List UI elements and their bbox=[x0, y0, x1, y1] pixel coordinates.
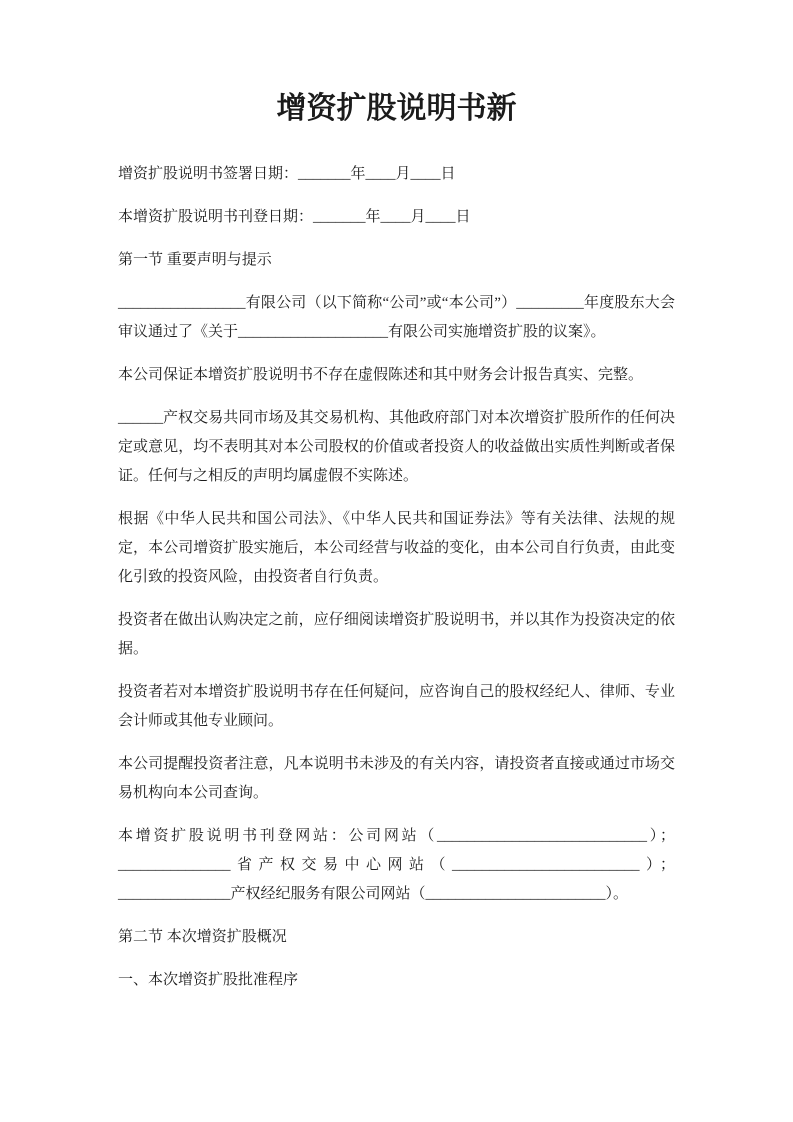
section-2-heading: 第二节 本次增资扩股概况 bbox=[118, 923, 675, 952]
websites-line-company: 本增资扩股说明书刊登网站：公司网站（______________________… bbox=[118, 822, 675, 851]
paragraph-resolution: _________________有限公司（以下简称“公司”或“本公司”）___… bbox=[118, 289, 675, 347]
paragraph-market-disclaimer: ______产权交易共同市场及其交易机构、其他政府部门对本次增资扩股所作的任何决… bbox=[118, 404, 675, 491]
section-2-item-1: 一、本次增资扩股批准程序 bbox=[118, 966, 675, 995]
sign-date-line: 增资扩股说明书签署日期：_______年____月____日 bbox=[118, 160, 675, 189]
paragraph-websites: 本增资扩股说明书刊登网站：公司网站（______________________… bbox=[118, 822, 675, 909]
paragraph-consult-advisors: 投资者若对本增资扩股说明书存在任何疑问，应咨询自己的股权经纪人、律师、专业会计师… bbox=[118, 678, 675, 736]
document-page: 增资扩股说明书新 增资扩股说明书签署日期：_______年____月____日 … bbox=[0, 0, 793, 1122]
paragraph-read-carefully: 投资者在做出认购决定之前，应仔细阅读增资扩股说明书，并以其作为投资决定的依据。 bbox=[118, 606, 675, 664]
websites-line-exchange-center: _______________省产权交易中心网站（_______________… bbox=[118, 851, 675, 880]
document-title: 增资扩股说明书新 bbox=[118, 88, 675, 130]
websites-line-broker-company: _______________产权经纪服务有限公司网站（____________… bbox=[118, 880, 675, 909]
section-1-heading: 第一节 重要声明与提示 bbox=[118, 246, 675, 275]
paragraph-guarantee: 本公司保证本增资扩股说明书不存在虚假陈述和其中财务会计报告真实、完整。 bbox=[118, 361, 675, 390]
publish-date-line: 本增资扩股说明书刊登日期：_______年____月____日 bbox=[118, 203, 675, 232]
paragraph-inquiry-notice: 本公司提醒投资者注意，凡本说明书未涉及的有关内容，请投资者直接或通过市场交易机构… bbox=[118, 750, 675, 808]
paragraph-law-basis: 根据《中华人民共和国公司法》、《中华人民共和国证券法》等有关法律、法规的规定，本… bbox=[118, 505, 675, 592]
